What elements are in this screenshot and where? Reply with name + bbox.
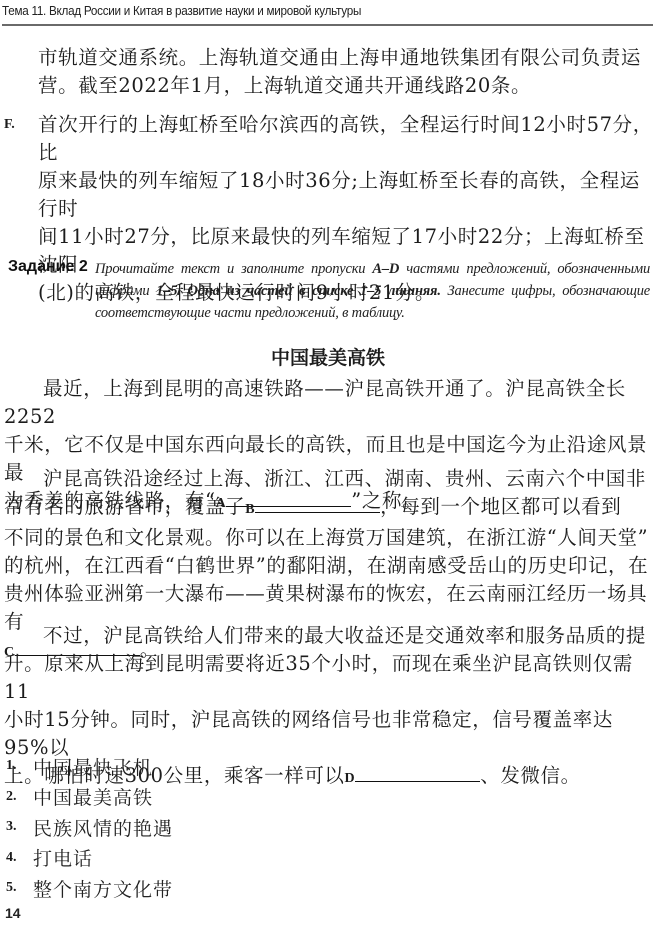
instruction-bold: A–D bbox=[372, 261, 399, 277]
text-line: 沪昆高铁沿途经过上海、浙江、江西、湖南、贵州、云南六个中国非 bbox=[4, 465, 654, 493]
option-number: 1. bbox=[6, 758, 33, 774]
text-line: 常有名的旅游省市，覆盖了B，每到一个地区都可以看到 bbox=[4, 493, 654, 524]
text-line: 的杭州，在江西看“白鹤世界”的鄱阳湖，在湖南感受岳山的历史印记，在 bbox=[4, 552, 654, 580]
blank-d[interactable] bbox=[355, 765, 480, 782]
text-line: 首次开行的上海虹桥至哈尔滨西的高铁，全程运行时间12小时57分，比 bbox=[38, 111, 656, 167]
option-item: 4.打电话 bbox=[6, 843, 173, 874]
text-line: 不过，沪昆高铁给人们带来的最大收益还是交通效率和服务品质的提 bbox=[4, 622, 654, 650]
option-item: 5.整个南方文化带 bbox=[6, 873, 173, 904]
text-line: 营。截至2022年1月，上海轨道交通共开通线路20条。 bbox=[38, 72, 656, 100]
blank-label-d: D bbox=[345, 771, 356, 786]
option-number: 5. bbox=[6, 880, 33, 896]
option-item: 2.中国最美高铁 bbox=[6, 782, 173, 813]
option-number: 4. bbox=[6, 850, 33, 866]
options-list: 1.中国最快飞机 2.中国最美高铁 3.民族风情的艳遇 4.打电话 5.整个南方… bbox=[6, 751, 173, 904]
text-line: 原来最快的列车缩短了18小时36分;上海虹桥至长春的高铁，全程运行时 bbox=[38, 167, 656, 223]
page-number: 14 bbox=[5, 905, 21, 921]
blank-label-b: B bbox=[245, 502, 255, 517]
text-line: 升。原来从上海到昆明需要将近35个小时，而现在乘坐沪昆高铁则仅需11 bbox=[4, 650, 654, 706]
option-number: 3. bbox=[6, 819, 33, 835]
task-instruction: Прочитайте текст и заполните пропуски A–… bbox=[95, 258, 650, 324]
option-text: 民族风情的艳遇 bbox=[33, 814, 173, 841]
option-text: 打电话 bbox=[33, 844, 93, 871]
option-text: 中国最美高铁 bbox=[33, 783, 153, 810]
text-title: 中国最美高铁 bbox=[0, 343, 656, 370]
option-text: 中国最快飞机 bbox=[33, 753, 153, 780]
blank-b[interactable] bbox=[255, 496, 380, 513]
text-line: 不同的景色和文化景观。你可以在上海赏万国建筑，在浙江游“人间天堂” bbox=[4, 524, 654, 552]
running-header: Тема 11. Вклад России и Китая в развитие… bbox=[2, 3, 361, 18]
continuation-paragraph: 市轨道交通系统。上海轨道交通由上海申通地铁集团有限公司负责运 营。截至2022年… bbox=[38, 44, 656, 100]
option-number: 2. bbox=[6, 789, 33, 805]
text-line: 市轨道交通系统。上海轨道交通由上海申通地铁集团有限公司负责运 bbox=[38, 44, 656, 72]
text-line: 最近，上海到昆明的高速铁路——沪昆高铁开通了。沪昆高铁全长2252 bbox=[4, 375, 654, 431]
header-rule bbox=[2, 24, 653, 26]
task-label: Задание 2 bbox=[8, 258, 88, 276]
option-text: 整个南方文化带 bbox=[33, 875, 173, 902]
textbook-page: Тема 11. Вклад России и Китая в развитие… bbox=[0, 0, 656, 928]
option-item: 1.中国最快飞机 bbox=[6, 751, 173, 782]
text-segment: 、发微信。 bbox=[480, 764, 581, 787]
text-segment: ，每到一个地区都可以看到 bbox=[380, 495, 621, 518]
instruction-bold: 1–5. Одна из частей в списке 1–5 лишняя. bbox=[156, 283, 441, 299]
item-label-f: F. bbox=[4, 117, 15, 133]
text-segment: 常有名的旅游省市，覆盖了 bbox=[4, 495, 245, 518]
instruction-text: Прочитайте текст и заполните пропуски bbox=[95, 261, 372, 277]
option-item: 3.民族风情的艳遇 bbox=[6, 812, 173, 843]
